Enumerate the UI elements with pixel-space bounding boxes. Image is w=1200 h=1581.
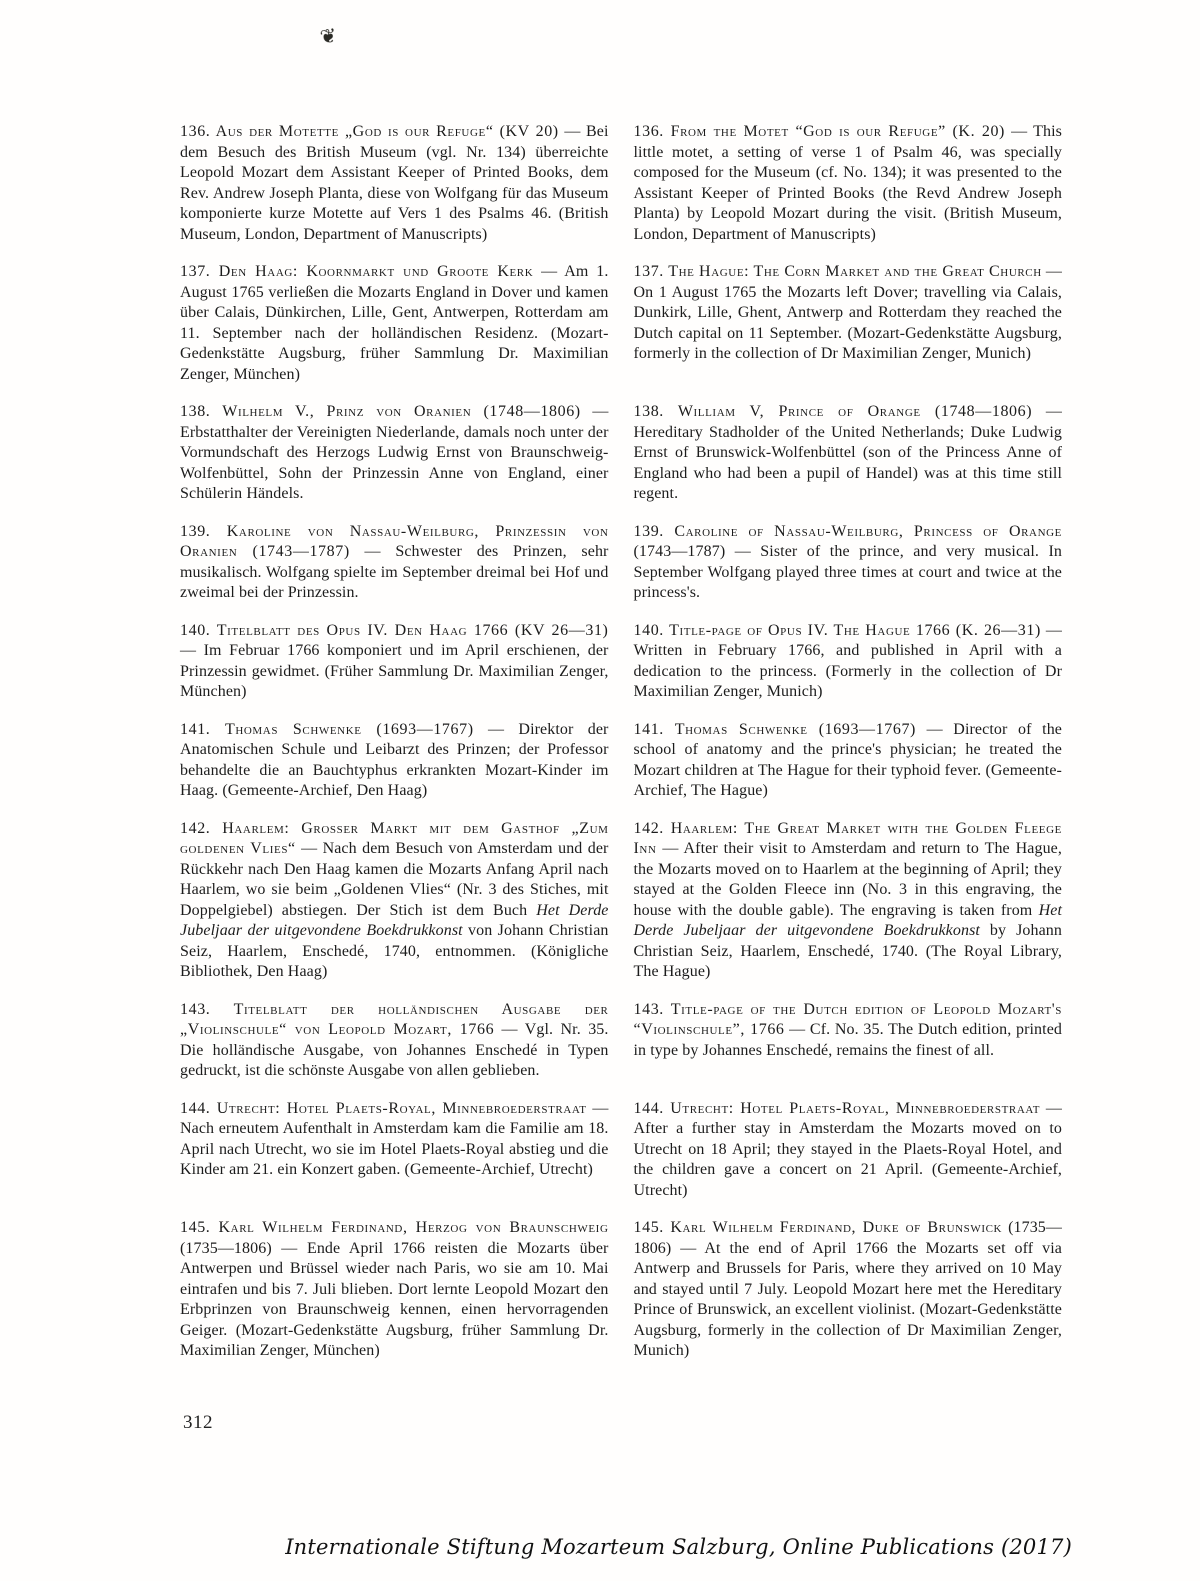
entry-body: — Im Februar 1766 komponiert und im Apri… bbox=[180, 642, 609, 700]
entry-lead: 138. Wilhelm V., Prinz von Oranien (1748… bbox=[180, 403, 581, 420]
entry-lead: 145. Karl Wilhelm Ferdinand, Duke of Bru… bbox=[634, 1219, 1003, 1236]
book-page: ❦ 136. Aus der Motette „God is our Refug… bbox=[0, 0, 1200, 1581]
entry-body: — Am 1. August 1765 verließen die Mozart… bbox=[180, 263, 609, 383]
printer-ornament-icon: ❦ bbox=[318, 23, 338, 50]
entry-body: (1743—1787) — Sister of the prince, and … bbox=[634, 543, 1063, 601]
entry-144-german: 144. Utrecht: Hotel Plaets-Royal, Minneb… bbox=[180, 1099, 609, 1202]
publication-footer: Internationale Stiftung Mozarteum Salzbu… bbox=[180, 1535, 1072, 1559]
entry-body: (1735—1806) — Ende April 1766 reisten di… bbox=[180, 1240, 609, 1360]
entry-143-english: 143. Title-page of the Dutch edition of … bbox=[634, 1000, 1063, 1082]
entry-lead: 140. Title-page of Opus IV. The Hague 17… bbox=[634, 622, 1041, 639]
entry-lead: 136. From the Motet “God is our Refuge” … bbox=[634, 123, 1006, 140]
entry-lead: 139. Caroline of Nassau-Weilburg, Prince… bbox=[634, 523, 1063, 540]
entry-lead: 136. Aus der Motette „God is our Refuge“… bbox=[180, 123, 559, 140]
page-number: 312 bbox=[183, 1412, 213, 1434]
entry-142-english: 142. Haarlem: The Great Market with the … bbox=[634, 819, 1063, 983]
entry-lead: 144. Utrecht: Hotel Plaets-Royal, Minneb… bbox=[180, 1100, 587, 1117]
entry-body: (1735—1806) — At the end of April 1766 t… bbox=[634, 1219, 1063, 1359]
entry-141-english: 141. Thomas Schwenke (1693—1767) — Direc… bbox=[634, 720, 1063, 802]
catalogue-entries: 136. Aus der Motette „God is our Refuge“… bbox=[180, 122, 1062, 1362]
entry-lead: 141. Thomas Schwenke (1693—1767) bbox=[180, 721, 474, 738]
entry-142-german: 142. Haarlem: Grosser Markt mit dem Gast… bbox=[180, 819, 609, 983]
entry-145-german: 145. Karl Wilhelm Ferdinand, Herzog von … bbox=[180, 1218, 609, 1362]
entry-137-german: 137. Den Haag: Koornmarkt und Groote Ker… bbox=[180, 262, 609, 385]
entry-body: — After their visit to Amsterdam and ret… bbox=[634, 840, 1063, 919]
entry-139-english: 139. Caroline of Nassau-Weilburg, Prince… bbox=[634, 522, 1063, 604]
entry-145-english: 145. Karl Wilhelm Ferdinand, Duke of Bru… bbox=[634, 1218, 1063, 1362]
entry-137-english: 137. The Hague: The Corn Market and the … bbox=[634, 262, 1063, 385]
entry-140-german: 140. Titelblatt des Opus IV. Den Haag 17… bbox=[180, 621, 609, 703]
entry-143-german: 143. Titelblatt der holländischen Ausgab… bbox=[180, 1000, 609, 1082]
entry-lead: 138. William V, Prince of Orange (1748—1… bbox=[634, 403, 1033, 420]
entry-138-english: 138. William V, Prince of Orange (1748—1… bbox=[634, 402, 1063, 505]
entry-lead: 144. Utrecht: Hotel Plaets-Royal, Minneb… bbox=[634, 1100, 1041, 1117]
entry-lead: 137. The Hague: The Corn Market and the … bbox=[634, 263, 1042, 280]
entry-140-english: 140. Title-page of Opus IV. The Hague 17… bbox=[634, 621, 1063, 703]
entry-lead: 137. Den Haag: Koornmarkt und Groote Ker… bbox=[180, 263, 533, 280]
entry-body: — This little motet, a setting of verse … bbox=[634, 123, 1063, 243]
entry-lead: 145. Karl Wilhelm Ferdinand, Herzog von … bbox=[180, 1219, 609, 1236]
entry-136-german: 136. Aus der Motette „God is our Refuge“… bbox=[180, 122, 609, 245]
entry-141-german: 141. Thomas Schwenke (1693—1767) — Direk… bbox=[180, 720, 609, 802]
entry-136-english: 136. From the Motet “God is our Refuge” … bbox=[634, 122, 1063, 245]
entry-lead: 141. Thomas Schwenke (1693—1767) bbox=[634, 721, 916, 738]
entry-138-german: 138. Wilhelm V., Prinz von Oranien (1748… bbox=[180, 402, 609, 505]
entry-lead: 140. Titelblatt des Opus IV. Den Haag 17… bbox=[180, 622, 609, 639]
entry-144-english: 144. Utrecht: Hotel Plaets-Royal, Minneb… bbox=[634, 1099, 1063, 1202]
entry-body: — Bei dem Besuch des British Museum (vgl… bbox=[180, 123, 609, 243]
entry-139-german: 139. Karoline von Nassau-Weilburg, Prinz… bbox=[180, 522, 609, 604]
